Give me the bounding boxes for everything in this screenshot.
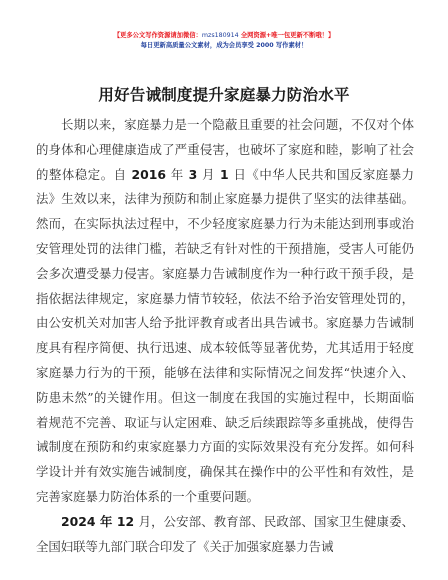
wechat-id: mzs180914 bbox=[202, 32, 239, 39]
promo-line-1-suffix: 全网资源+唯一包更新不断哦！】 bbox=[239, 32, 335, 39]
paragraph-2-text-a: 年 bbox=[100, 514, 113, 529]
paragraph-1-text-d: 日《中华人民共和国反家庭暴力法》生效以来，法律为预防和制止家庭暴力提供了坚实的法… bbox=[36, 167, 414, 504]
date-year: 2024 bbox=[61, 514, 100, 529]
date-year: 2016 bbox=[127, 167, 171, 182]
paragraph-1-text-b: 年 bbox=[171, 167, 184, 182]
document-body: 长期以来，家庭暴力是一个隐蔽且重要的社会问题，不仅对个体的身体和心理健康造成了严… bbox=[36, 113, 414, 559]
document-page: 【更多公文写作资源请加微信：mzs180914 全网资源+唯一包更新不断哦！】 … bbox=[0, 0, 448, 580]
paragraph-1: 长期以来，家庭暴力是一个隐蔽且重要的社会问题，不仅对个体的身体和心理健康造成了严… bbox=[36, 113, 414, 510]
promo-banner: 【更多公文写作资源请加微信：mzs180914 全网资源+唯一包更新不断哦！】 … bbox=[0, 31, 448, 51]
date-month: 12 bbox=[112, 514, 138, 529]
promo-line-1: 【更多公文写作资源请加微信：mzs180914 全网资源+唯一包更新不断哦！】 bbox=[0, 31, 448, 41]
date-month: 3 bbox=[184, 167, 202, 182]
page-number: 1 bbox=[0, 546, 448, 554]
promo-line-2: 每日更新高质量公文素材，成为会员享受 2000 写作素材！ bbox=[0, 41, 448, 51]
date-day: 1 bbox=[215, 167, 233, 182]
document-title: 用好告诫制度提升家庭暴力防治水平 bbox=[0, 83, 448, 105]
paragraph-1-text-c: 月 bbox=[202, 167, 215, 182]
promo-line-1-prefix: 【更多公文写作资源请加微信： bbox=[114, 32, 202, 39]
